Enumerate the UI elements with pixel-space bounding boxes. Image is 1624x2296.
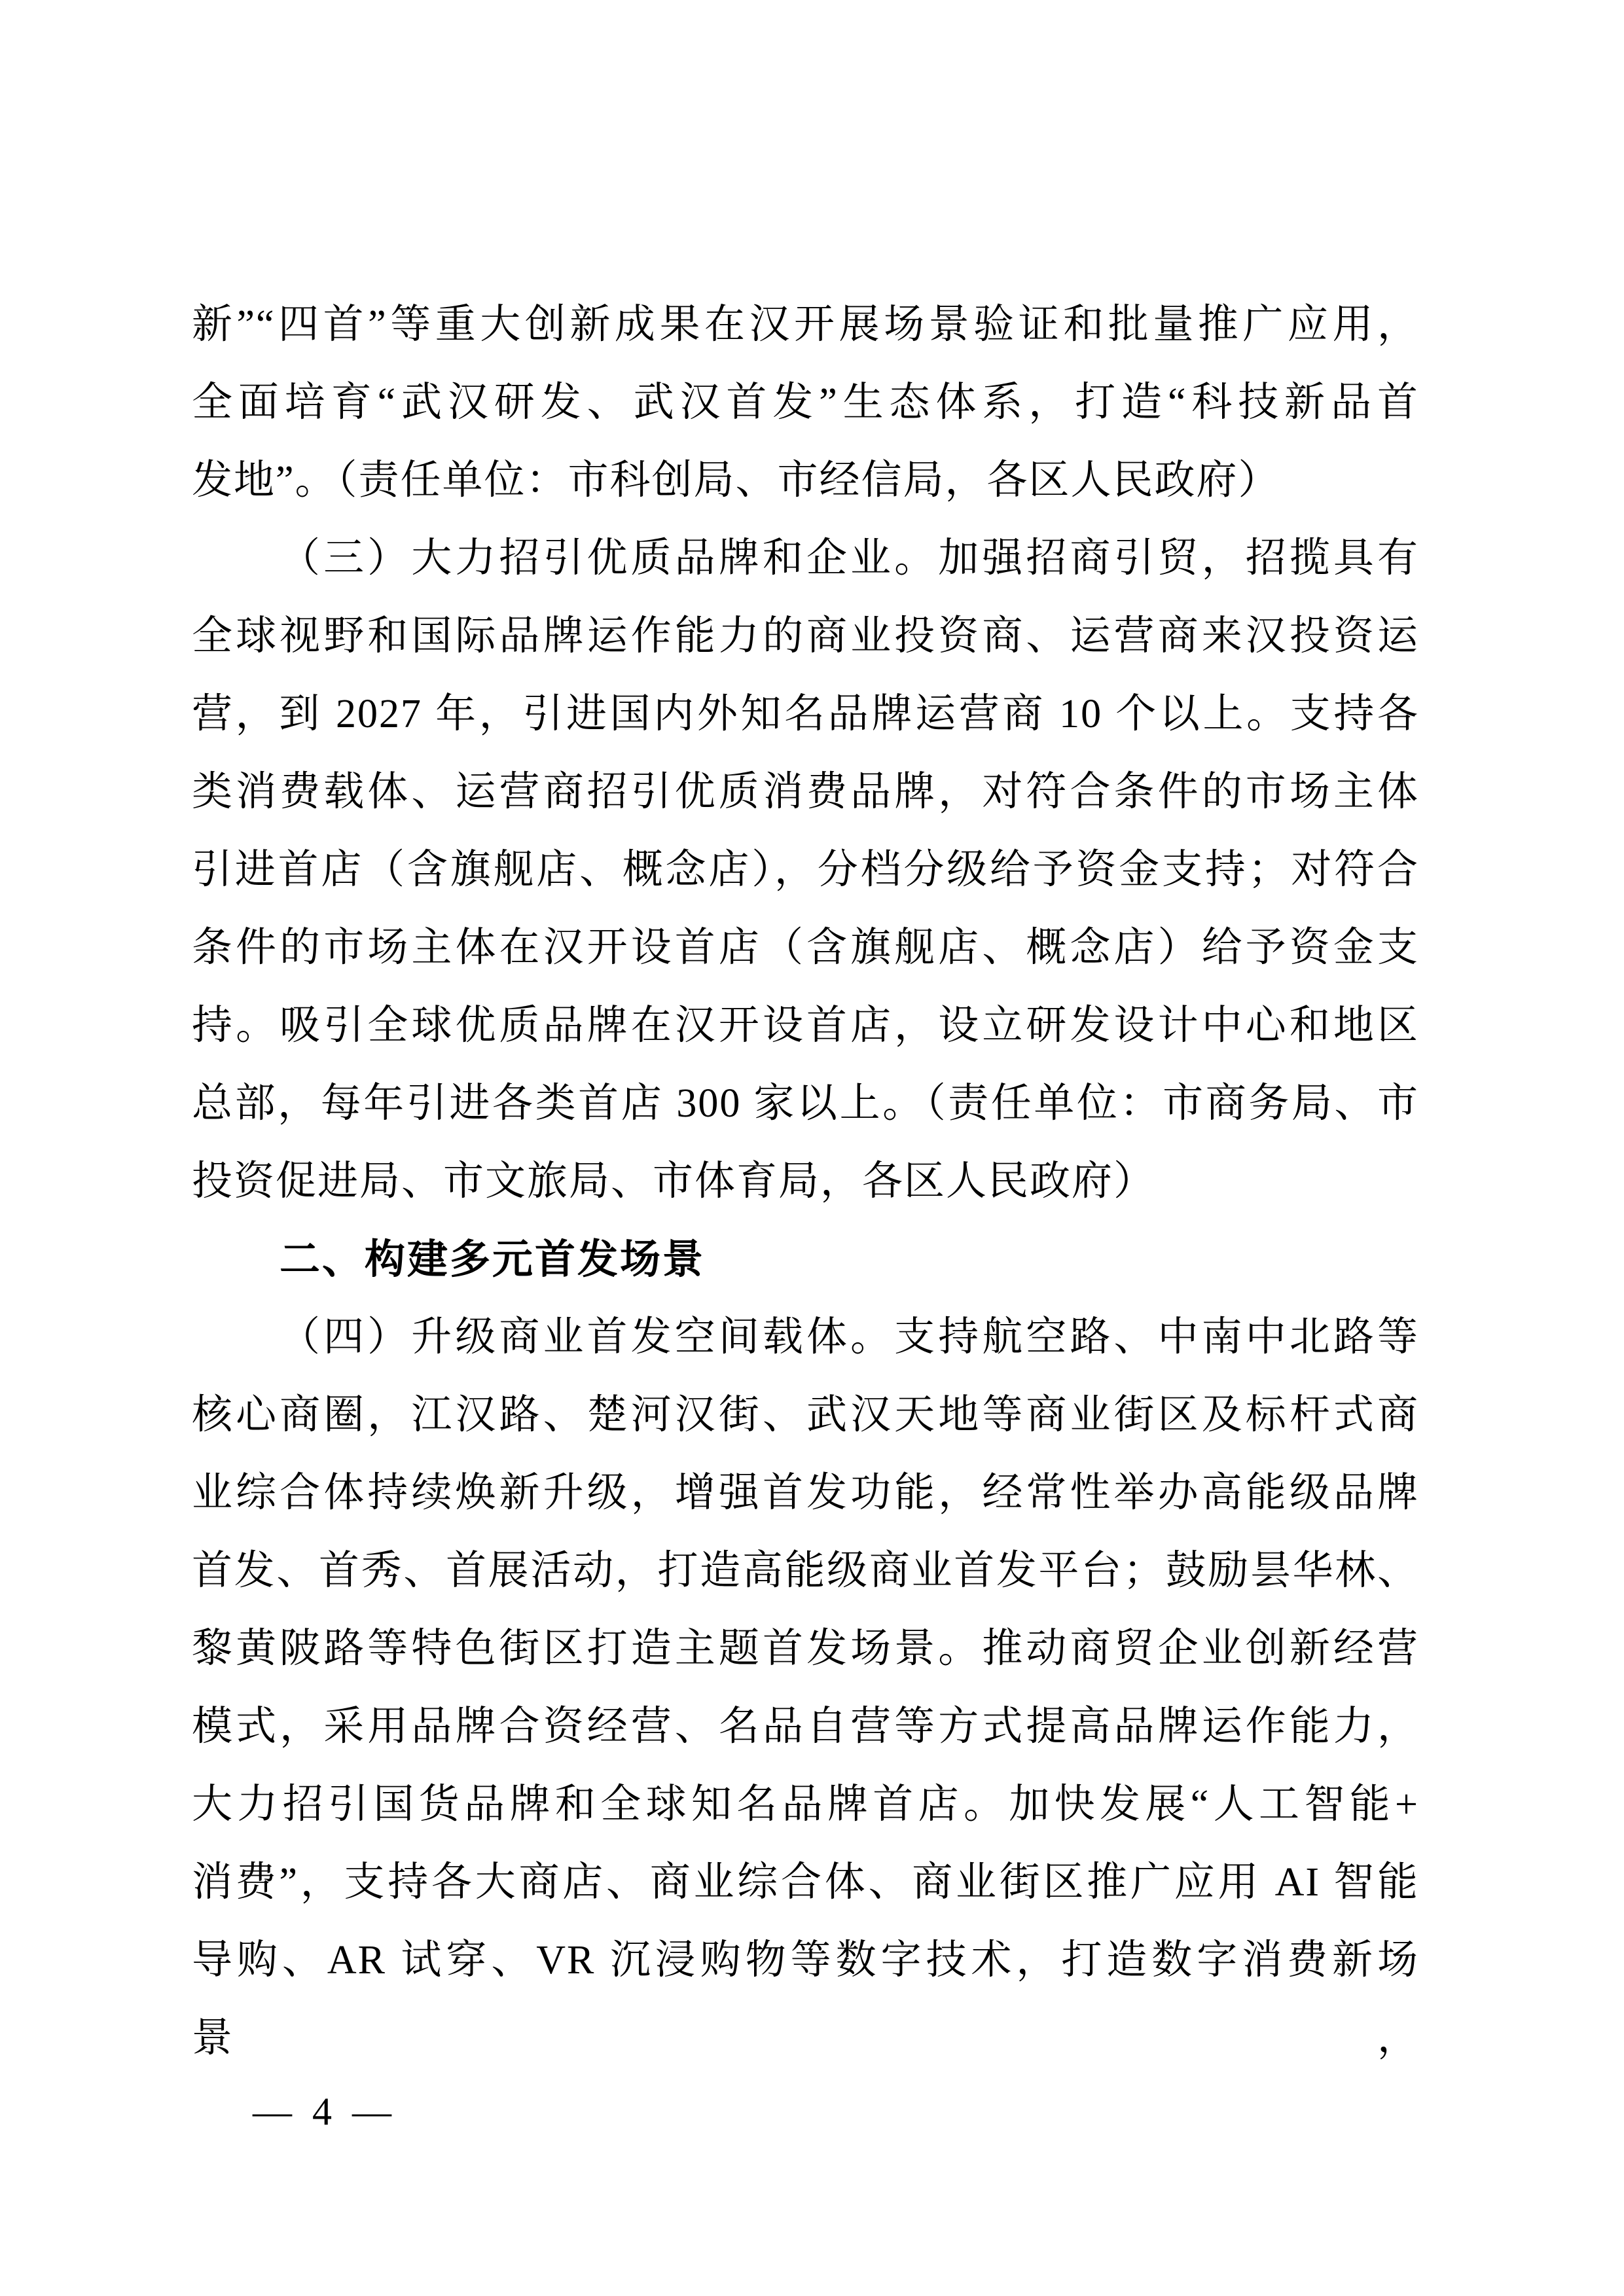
text-line: 导购、AR 试穿、VR 沉浸购物等数字技术，打造数字消费新场景，: [192, 1922, 1419, 2000]
body-text-block: 新”“四首”等重大创新成果在汉开展场景验证和批量推广应用， 全面培育“武汉研发、…: [192, 286, 1419, 2000]
line-text: 全球视野和国际品牌运作能力的商业投资商、运营商来汉投资运: [192, 614, 1419, 658]
line-text: 条件的市场主体在汉开设首店（含旗舰店、概念店）给予资金支: [192, 925, 1419, 970]
line-text: 持。吸引全球优质品牌在汉开设首店，设立研发设计中心和地区: [192, 1003, 1419, 1048]
paragraph-lead-sentence: （三）大力招引优质品牌和企业。: [280, 536, 938, 581]
text-line: 条件的市场主体在汉开设首店（含旗舰店、概念店）给予资金支: [192, 909, 1419, 987]
line-text: 引进首店（含旗舰店、概念店），分档分级给予资金支持；对符合: [192, 848, 1419, 892]
text-line: 投资促进局、市文旅局、市体育局，各区人民政府）: [192, 1143, 1419, 1221]
text-line: 大力招引国货品牌和全球知名品牌首店。加快发展“人工智能+: [192, 1766, 1419, 1844]
text-line: 新”“四首”等重大创新成果在汉开展场景验证和批量推广应用，: [192, 286, 1419, 364]
paragraph-start-line: （四）升级商业首发空间载体。支持航空路、中南中北路等: [192, 1299, 1419, 1376]
text-line: 模式，采用品牌合资经营、名品自营等方式提高品牌运作能力，: [192, 1688, 1419, 1766]
line-text: 支持航空路、中南中北路等: [894, 1315, 1419, 1359]
line-text: 全面培育“武汉研发、武汉首发”生态体系，打造“科技新品首: [192, 380, 1419, 425]
line-text: 首发、首秀、首展活动，打造高能级商业首发平台；鼓励昙华林、: [192, 1549, 1419, 1593]
section-heading-text: 二、构建多元首发场景: [280, 1237, 705, 1282]
text-line: 业综合体持续焕新升级，增强首发功能，经常性举办高能级品牌: [192, 1454, 1419, 1532]
page-number: — 4 —: [253, 2072, 397, 2151]
text-line: 营，到 2027 年，引进国内外知名品牌运营商 10 个以上。支持各: [192, 675, 1419, 753]
document-page: 新”“四首”等重大创新成果在汉开展场景验证和批量推广应用， 全面培育“武汉研发、…: [0, 0, 1624, 2296]
line-text: 投资促进局、市文旅局、市体育局，各区人民政府）: [192, 1159, 1155, 1204]
text-line: 全球视野和国际品牌运作能力的商业投资商、运营商来汉投资运: [192, 598, 1419, 675]
line-text: 新”“四首”等重大创新成果在汉开展场景验证和批量推广应用，: [192, 302, 1419, 347]
line-text: 类消费载体、运营商招引优质消费品牌，对符合条件的市场主体: [192, 770, 1419, 814]
line-text: 核心商圈，江汉路、楚河汉街、武汉天地等商业街区及标杆式商: [192, 1393, 1419, 1437]
line-text: 消费”，支持各大商店、商业综合体、商业街区推广应用 AI 智能: [192, 1860, 1419, 1905]
text-line: 引进首店（含旗舰店、概念店），分档分级给予资金支持；对符合: [192, 831, 1419, 909]
paragraph-start-line: （三）大力招引优质品牌和企业。加强招商引贸，招揽具有: [192, 520, 1419, 598]
text-line: 首发、首秀、首展活动，打造高能级商业首发平台；鼓励昙华林、: [192, 1532, 1419, 1610]
line-text: 黎黄陂路等特色街区打造主题首发场景。推动商贸企业创新经营: [192, 1626, 1419, 1671]
line-text: 营，到 2027 年，引进国内外知名品牌运营商 10 个以上。支持各: [192, 692, 1419, 736]
text-line: 总部，每年引进各类首店 300 家以上。（责任单位：市商务局、市: [192, 1065, 1419, 1143]
text-line: 发地”。（责任单位：市科创局、市经信局，各区人民政府）: [192, 442, 1419, 520]
text-line: 消费”，支持各大商店、商业综合体、商业街区推广应用 AI 智能: [192, 1844, 1419, 1922]
paragraph-lead-sentence: （四）升级商业首发空间载体。: [280, 1315, 894, 1359]
line-text: 业综合体持续焕新升级，增强首发功能，经常性举办高能级品牌: [192, 1471, 1419, 1515]
line-text: 大力招引国货品牌和全球知名品牌首店。加快发展“人工智能+: [192, 1782, 1419, 1827]
section-heading: 二、构建多元首发场景: [192, 1221, 1419, 1299]
text-line: 黎黄陂路等特色街区打造主题首发场景。推动商贸企业创新经营: [192, 1610, 1419, 1688]
line-text: 总部，每年引进各类首店 300 家以上。（责任单位：市商务局、市: [192, 1081, 1419, 1126]
text-line: 核心商圈，江汉路、楚河汉街、武汉天地等商业街区及标杆式商: [192, 1376, 1419, 1454]
text-line: 持。吸引全球优质品牌在汉开设首店，设立研发设计中心和地区: [192, 987, 1419, 1065]
line-text: 导购、AR 试穿、VR 沉浸购物等数字技术，打造数字消费新场景，: [192, 1938, 1419, 2060]
text-line: 类消费载体、运营商招引优质消费品牌，对符合条件的市场主体: [192, 753, 1419, 831]
line-text: 发地”。（责任单位：市科创局、市经信局，各区人民政府）: [192, 458, 1280, 503]
text-line: 全面培育“武汉研发、武汉首发”生态体系，打造“科技新品首: [192, 364, 1419, 442]
line-text: 模式，采用品牌合资经营、名品自营等方式提高品牌运作能力，: [192, 1704, 1419, 1749]
line-text: 加强招商引贸，招揽具有: [938, 536, 1419, 581]
